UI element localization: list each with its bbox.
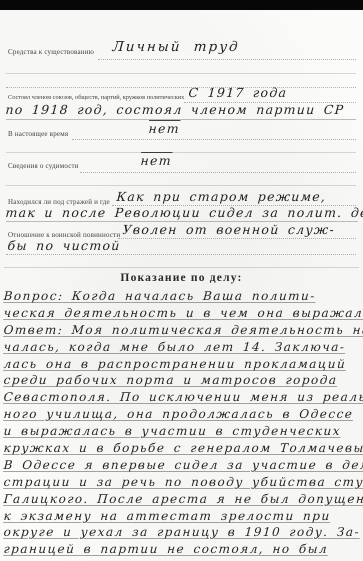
testimony-line: В Одессе я впервые сидел за участие в де… bbox=[3, 457, 363, 474]
testimony-line: ного училища, она продолжалась в Одессе bbox=[3, 406, 363, 423]
answer-line bbox=[6, 119, 356, 120]
field-answer-at-present: нет bbox=[148, 121, 180, 136]
testimony: Вопрос: Когда началась Ваша полити-ческа… bbox=[3, 288, 363, 558]
answer-line bbox=[72, 139, 356, 140]
field-label-means-of-subsistence: Средства к существованию bbox=[8, 48, 94, 56]
testimony-heading: Показание по делу: bbox=[0, 272, 363, 284]
answer-line bbox=[118, 238, 356, 239]
answer-line bbox=[6, 254, 356, 255]
testimony-line: кружках и в борьбе с генералом Толмачевы… bbox=[3, 440, 363, 457]
field-answer-means-of-subsistence: Личный труд bbox=[112, 39, 240, 55]
answer-line bbox=[6, 87, 356, 88]
testimony-line: ческая деятельность и в чем она выражала… bbox=[3, 305, 363, 322]
field-answer-detention: Как при старом режиме, bbox=[116, 189, 327, 204]
field-label-convictions: Сведения о судимости bbox=[8, 162, 79, 170]
testimony-line: округе и уехал за границу в 1910 году. З… bbox=[3, 524, 363, 541]
section-divider bbox=[4, 267, 359, 268]
testimony-line: лась она в распространении прокламаций bbox=[3, 356, 363, 373]
testimony-line: чалась, когда мне было лет 14. Заключа- bbox=[3, 339, 363, 356]
answer-line bbox=[6, 73, 356, 74]
document-page: Средства к существованию Личный труд Сос… bbox=[0, 0, 363, 561]
testimony-line: Ответ: Моя политическая деятельность на- bbox=[3, 322, 363, 339]
testimony-line: границей в партии не состоял, но был bbox=[3, 541, 363, 558]
scan-edge-bar bbox=[0, 0, 363, 10]
field-label-at-present: В настоящее время bbox=[8, 130, 68, 138]
testimony-line: к экзамену на аттестат зрелости при bbox=[3, 508, 363, 525]
testimony-line: и выражалась в участии в студенческих bbox=[3, 423, 363, 440]
testimony-line: Галицкого. После ареста я не был допущен bbox=[3, 491, 363, 508]
answer-line bbox=[80, 172, 356, 173]
field-answer-military-service-line2: бы по чистой bbox=[7, 238, 121, 253]
field-answer-military-service: Уволен от военной служ- bbox=[122, 222, 336, 237]
testimony-line: страции и за речь по поводу убийства сту… bbox=[3, 474, 363, 491]
answer-line bbox=[6, 152, 356, 153]
field-label-party-membership: Состоял членом союзов, обществ, партий, … bbox=[8, 94, 184, 101]
field-answer-party-membership-line2: по 1918 год, состоял членом партии СР bbox=[5, 102, 345, 117]
field-answer-convictions: нет bbox=[140, 153, 172, 168]
testimony-line: Севастополя. По исключении меня из реаль… bbox=[3, 389, 363, 406]
answer-line bbox=[6, 185, 356, 186]
field-answer-party-membership: С 1917 года bbox=[188, 85, 288, 100]
testimony-line: Вопрос: Когда началась Ваша полити- bbox=[3, 288, 363, 305]
answer-line bbox=[98, 59, 356, 60]
field-answer-detention-line2: так и после Революции сидел за полит. де… bbox=[5, 205, 363, 220]
testimony-line: среди рабочих порта и матросов города bbox=[3, 372, 363, 389]
